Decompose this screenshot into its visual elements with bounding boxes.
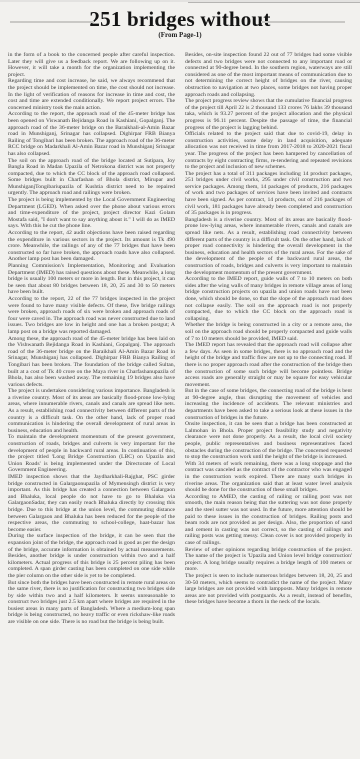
paragraph: IMED inspection shows that the Jaydharkh… — [8, 474, 175, 533]
article-column-right: Besides, on-site inspection found 22 out… — [185, 52, 352, 626]
article-column-left: in the form of a book to the concerned p… — [8, 52, 175, 626]
title-divider-left — [10, 21, 94, 23]
paragraph: According to the IMED report, guide wall… — [185, 276, 352, 322]
paragraph: Review of other opinions regarding bridg… — [185, 547, 352, 573]
paragraph: The project is being implemented by the … — [8, 197, 175, 230]
paragraph: Planning Commission's Implementation, Mo… — [8, 263, 175, 296]
paragraph: With 34 meters of work remaining, there … — [185, 461, 352, 494]
paragraph: But in the case of some bridges, the con… — [185, 388, 352, 421]
paragraph: During the surface inspection of the bri… — [8, 533, 175, 579]
article-header: 251 bridges without (From Page-1) — [0, 0, 360, 48]
title-divider-right — [261, 21, 345, 23]
paragraph: The soil on the approach road of the bri… — [8, 158, 175, 198]
paragraph: The project is seen to include numerous … — [185, 573, 352, 606]
paragraph: The project has a total of 311 packages … — [185, 171, 352, 217]
paragraph: Onsite inspection, it can be seen that a… — [185, 421, 352, 461]
paragraph: According to the report, the approach ro… — [8, 111, 175, 157]
newspaper-page: { "page": { "title": "251 bridges withou… — [0, 0, 360, 759]
article-continuation-note: (From Page-1) — [0, 31, 360, 39]
paragraph: The project progress review shows that t… — [185, 98, 352, 131]
paragraph: Among these, the approach road of the 45… — [8, 336, 175, 389]
article-body: in the form of a book to the concerned p… — [0, 52, 360, 626]
paragraph: Besides, on-site inspection found 22 out… — [185, 52, 352, 98]
paragraph: According to the report, 22 of the 77 br… — [8, 296, 175, 336]
paragraph: The IMED report has revealed that the ap… — [185, 342, 352, 388]
paragraph: The project is undertaken considering va… — [8, 388, 175, 434]
paragraph: in the form of a book to the concerned p… — [8, 52, 175, 78]
article-title: 251 bridges without — [0, 0, 360, 29]
paragraph: To maintain the development momentum of … — [8, 434, 175, 474]
paragraph: According to AMED, the casting of railin… — [185, 494, 352, 547]
paragraph: Regarding time and cost increase, he sai… — [8, 78, 175, 111]
paragraph: Bangladesh is a riverine country. Most o… — [185, 217, 352, 276]
paragraph: Officials related to the project said th… — [185, 131, 352, 171]
paragraph: But since both the bridges have been con… — [8, 580, 175, 626]
paragraph: According to the report, 42 audit object… — [8, 230, 175, 263]
paragraph: Whether the bridge is being constructed … — [185, 322, 352, 342]
